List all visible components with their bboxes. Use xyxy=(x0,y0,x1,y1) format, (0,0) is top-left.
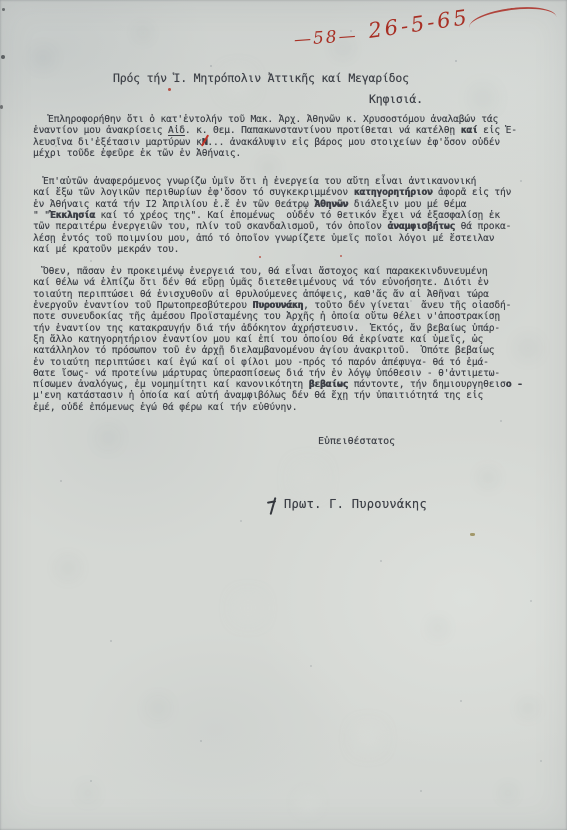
text-segment: ἐμέ, οὐδέ ἑπόμενως ἐγώ θά φέρω καί τήν ε… xyxy=(33,402,297,413)
text-line: ἐν Ἀθήναις κατά τήν Ι2 Ἀπριλίου ἐ.ἔ ἐν τ… xyxy=(33,199,563,210)
text-segment: κατάλληλον τό πρόσωπον τοῦ ἐν ἀρχῇ διελα… xyxy=(33,345,494,356)
text-segment: τήν ἐναντίον της κατακραυγήν διά τήν ἀδό… xyxy=(33,323,500,334)
handwritten-page-number: —58— xyxy=(293,26,358,50)
paragraph-3: Ὅθεν, πᾶσαν ἐν προκειμένῳ ἐνεργειά του, … xyxy=(33,266,563,413)
text-segment: καί θέλω νά ἐλπίζω ὅτι δέν θά εὕρῃ ὑμᾶς … xyxy=(33,277,489,288)
text-segment: ἐν τοιαύτη περιπτώσει καί ἐγώ καί οἱ φίλ… xyxy=(33,357,489,368)
text-segment: ἐναντίον μου ἀνακρίσεις xyxy=(33,125,168,136)
text-segment: λέσῃ ἐντός τοῦ ποιμνίου μου, ἀπό τό ὁποῖ… xyxy=(33,233,494,244)
paper-speck xyxy=(2,8,5,11)
place-line: Κηφισιά. xyxy=(369,92,423,106)
text-line: " "Ἐκκλησία καί τό χρέος της". Καί ἑπομέ… xyxy=(33,210,563,221)
paper-speck xyxy=(1,55,5,59)
text-segment: , τοῦτο δέν γίνεται ἄνευ τῆς οἱασδή- xyxy=(303,300,511,311)
text-line: λέσῃ ἐντός τοῦ ποιμνίου μου, ἀπό τό ὁποῖ… xyxy=(33,233,563,244)
text-segment: διάλεξιν μου μέ θέμα xyxy=(348,199,466,210)
text-segment: ο - xyxy=(506,379,523,390)
document-page: —58— 26-5-65 Πρός τήν Ἱ. Μητρόπολιν Ἀττι… xyxy=(0,0,567,830)
text-line: Ὅθεν, πᾶσαν ἐν προκειμένῳ ἐνεργειά του, … xyxy=(33,266,563,277)
text-segment: ἀναμφισβήτως xyxy=(387,221,455,232)
paper-speck xyxy=(0,105,3,109)
valediction: Εὐπειθέστατος xyxy=(318,436,395,447)
red-ink-speck xyxy=(259,256,261,258)
text-segment: λευσῖνα δι'ἐξέτασιν μαρτύρων κ xyxy=(33,137,202,148)
text-line: κατάλληλον τό πρόσωπον τοῦ ἐν ἀρχῇ διελα… xyxy=(33,345,563,356)
text-segment: καί μέ κρατοῦν μεκράν του. xyxy=(33,244,179,255)
text-line: ξη ἄλλο κατηγορητήριον ἐναντίον μου καί … xyxy=(33,334,563,345)
text-line: τήν ἐναντίον της κατακραυγήν διά τήν ἀδό… xyxy=(33,323,563,334)
text-line: μέχρι τοῦδε ἐφεῦρε ἐκ τῶν ἐν Ἀθήναις. xyxy=(33,148,563,159)
red-ink-speck xyxy=(168,88,171,91)
text-line: ἐνεργοῦν ἐναντίον τοῦ Πρωτοπρεσβύτερου Π… xyxy=(33,300,563,311)
text-segment: Ἀθηνῶν xyxy=(314,199,348,210)
text-segment: βεβαίως xyxy=(309,379,348,390)
text-line: πίσωμεν ἀναλόγως, ἐμ νομημίτητι καί κανο… xyxy=(33,379,563,390)
red-ink-speck xyxy=(340,255,342,257)
paragraph-1: Ἐπληροφορήθην ὅτι ὁ κατ'ἐντολήν τοῦ Μακ.… xyxy=(33,114,563,159)
text-segment: ξη ἄλλο κατηγορητήριον ἐναντίον μου καί … xyxy=(33,334,483,345)
text-segment: Πυρουνάκη xyxy=(252,300,303,311)
text-line: τοιαύτη περιπτώσει θά ἐνισχυθοῦν αἱ θρυλ… xyxy=(33,289,563,300)
text-segment: κατηγορητήριον xyxy=(354,187,433,198)
recipient-line: Πρός τήν Ἱ. Μητρόπολιν Ἀττικῆς καί Μεγαρ… xyxy=(113,71,409,85)
red-struck-text: Ν xyxy=(202,137,208,148)
text-segment: θά προκα- xyxy=(455,221,511,232)
text-line: Ἐπληροφορήθην ὅτι ὁ κατ'ἐντολήν τοῦ Μακ.… xyxy=(33,114,563,125)
text-line: ἐμέ, οὐδέ ἑπόμενως ἐγώ θά φέρω καί τήν ε… xyxy=(33,402,563,413)
text-segment: μ'ενη κατάστασιν ἡ ὁποία καί αὐτή ἀναμφι… xyxy=(33,390,483,401)
text-segment: εἰς Ἐ- xyxy=(477,125,516,136)
text-line: θατε ἴσως- νά προτείνω μάρτυρας ὑπερασπί… xyxy=(33,368,563,379)
text-segment: ποτε συνευδοκίας τῆς ἀμέσου Προϊσταμένης… xyxy=(33,311,500,322)
text-segment: ἐν Ἀθήναις κατά τήν Ι2 Ἀπριλίου ἐ.ἔ ἐν τ… xyxy=(33,199,314,210)
text-segment: . κ. Θεμ. Παπακωνσταντίνου προτίθεται νά… xyxy=(185,125,461,136)
text-line: Ἐπ'αὐτῶν ἀναφερόμενος γνωρίζω ὑμῖν ὅτι ἡ… xyxy=(33,176,563,187)
text-line: ποτε συνευδοκίας τῆς ἀμέσου Προϊσταμένης… xyxy=(33,311,563,322)
signature-block: Πρωτ. Γ. Πυρουνάκης xyxy=(266,497,427,515)
text-segment: ἐνεργοῦν ἐναντίον τοῦ Πρωτοπρεσβύτερου xyxy=(33,300,252,311)
text-line: ἐναντίον μου ἀνακρίσεις Αἰδ. κ. Θεμ. Παπ… xyxy=(33,125,563,136)
signature-name: Πρωτ. Γ. Πυρουνάκης xyxy=(284,497,427,511)
text-segment: Ἐπληροφορήθην ὅτι ὁ κατ'ἐντολήν τοῦ Μακ.… xyxy=(48,114,498,125)
text-segment: Ὅθεν, πᾶσαν ἐν προκειμένῳ ἐνεργειά του, … xyxy=(43,266,487,277)
text-segment: καί τό χρέος της". Καί ἑπομένως οὐδέν τό… xyxy=(95,210,500,221)
text-segment: τῶν περαιτέρω ἐνεργειῶν του, πλίν τοῦ σκ… xyxy=(33,221,387,232)
text-segment: καί xyxy=(461,125,478,136)
paper-stain xyxy=(470,533,475,536)
text-segment: πίσωμεν ἀναλόγως, ἐμ νομημίτητι καί κανο… xyxy=(33,379,309,390)
text-segment: καί ἔξω τῶν λογικῶν περιθωρίων ἐφ'ὅσον τ… xyxy=(33,187,354,198)
handwritten-date: 26-5-65 xyxy=(367,5,471,43)
text-segment: θατε ἴσως- νά προτείνω μάρτυρας ὑπερασπί… xyxy=(33,368,500,379)
handwritten-cross-icon xyxy=(266,497,277,515)
text-segment: Ἐπ'αὐτῶν ἀναφερόμενος γνωρίζω ὑμῖν ὅτι ἡ… xyxy=(43,176,476,187)
text-segment: ... ἀνακάλυψιν εἰς βάρος μου στοιχείων ἐ… xyxy=(207,137,500,148)
text-segment: μέχρι τοῦδε ἐφεῦρε ἐκ τῶν ἐν Ἀθήναις. xyxy=(33,148,241,159)
text-line: ἐν τοιαύτη περιπτώσει καί ἐγώ καί οἱ φίλ… xyxy=(33,357,563,368)
text-segment: τοιαύτη περιπτώσει θά ἐνισχυθοῦν αἱ θρυλ… xyxy=(33,289,489,300)
text-segment: Αἰδ xyxy=(168,125,185,136)
text-segment: " " xyxy=(33,210,50,221)
text-line: τῶν περαιτέρω ἐνεργειῶν του, πλίν τοῦ σκ… xyxy=(33,221,563,232)
text-segment: πάντοντε, τήν δημιουργηθεισ xyxy=(348,379,506,390)
paragraph-2: Ἐπ'αὐτῶν ἀναφερόμενος γνωρίζω ὑμῖν ὅτι ἡ… xyxy=(33,176,563,255)
text-line: μ'ενη κατάστασιν ἡ ὁποία καί αὐτή ἀναμφι… xyxy=(33,390,563,401)
text-segment: ἀφορᾶ εἰς τήν xyxy=(432,187,511,198)
text-line: καί θέλω νά ἐλπίζω ὅτι δέν θά εὕρῃ ὑμᾶς … xyxy=(33,277,563,288)
text-line: καί μέ κρατοῦν μεκράν του. xyxy=(33,244,563,255)
text-line: καί ἔξω τῶν λογικῶν περιθωρίων ἐφ'ὅσον τ… xyxy=(33,187,563,198)
text-line: λευσῖνα δι'ἐξέτασιν μαρτύρων κΝ... ἀνακά… xyxy=(33,137,563,148)
text-segment: Ἐκκλησία xyxy=(50,210,95,221)
handwritten-ink-stroke xyxy=(467,3,556,30)
